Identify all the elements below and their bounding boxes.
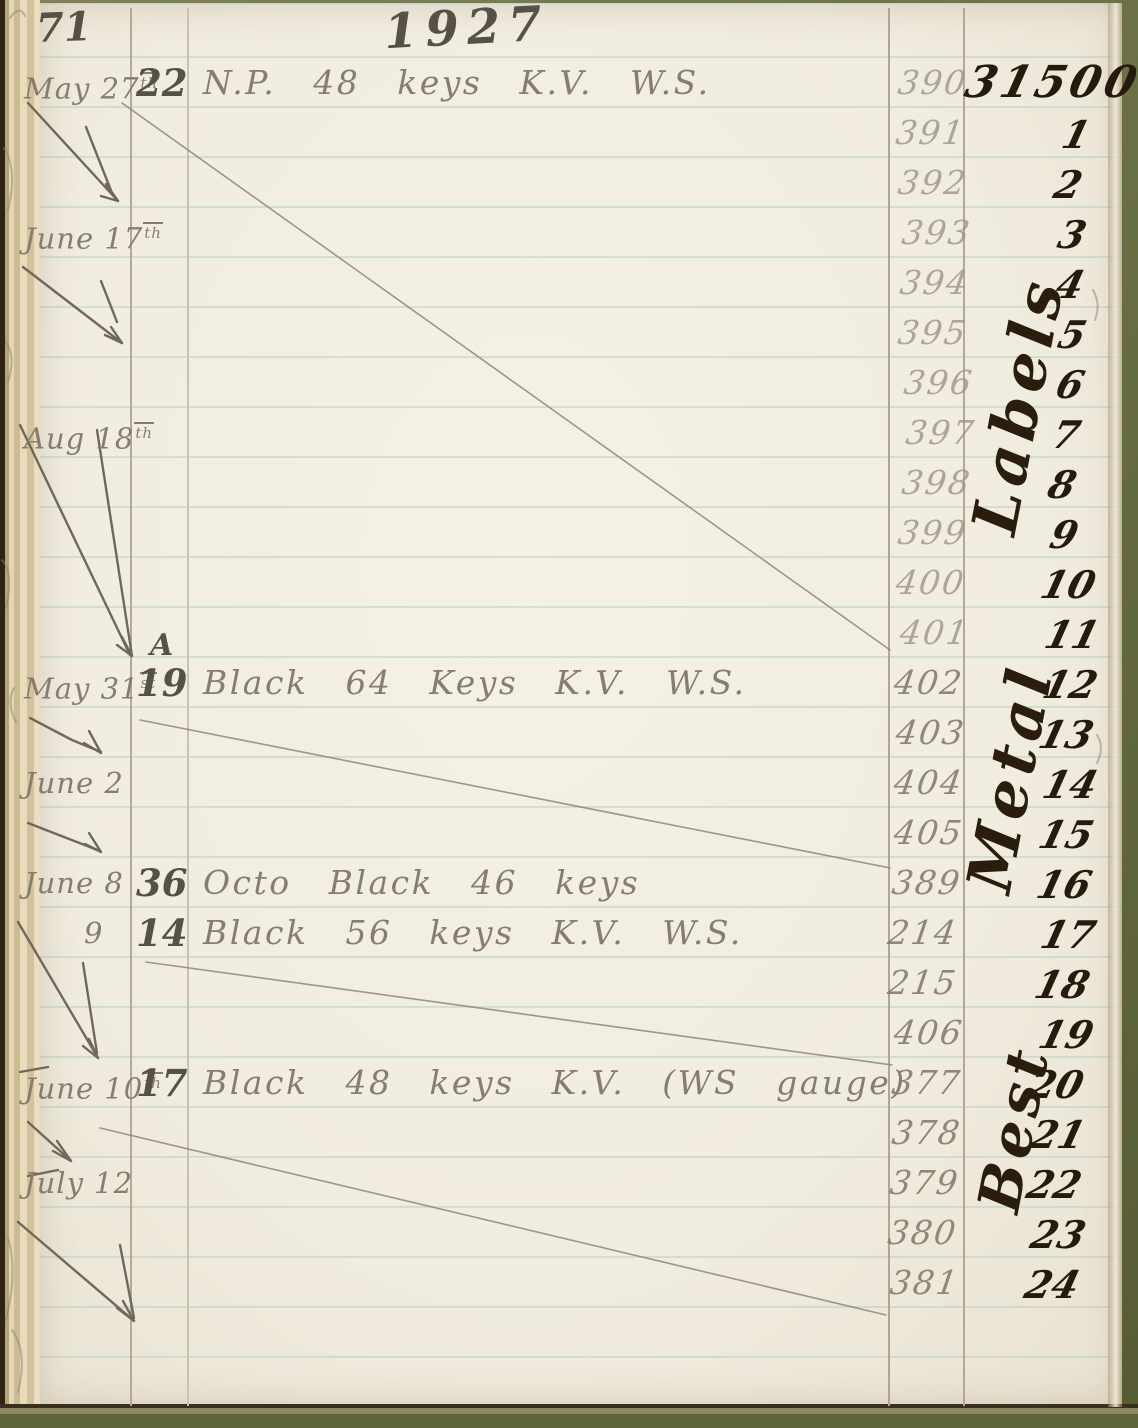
serial-number: 400 — [893, 560, 964, 608]
serial-number: 379 — [887, 1160, 958, 1208]
entry-date: May 27th — [24, 60, 132, 108]
entry-date-ordinal: th — [134, 422, 154, 442]
entry-quantity: 22 — [136, 60, 186, 108]
serial-number: 404 — [891, 760, 962, 808]
entry-description: N.P. 48 keys K.V. W.S. — [203, 60, 711, 108]
serial-number: 214 — [885, 910, 956, 958]
serial-number: 380 — [885, 1210, 956, 1258]
entry-description: Black 48 keys K.V. (WS gauge) — [203, 1060, 907, 1108]
entry-date: May 31st — [24, 660, 132, 708]
entry-date-text: May 27 — [24, 72, 140, 106]
serial-number: 392 — [895, 160, 966, 208]
serial-number: 405 — [891, 810, 962, 858]
entry-date-text: June 8 — [24, 866, 124, 900]
entry-date-text: July 12 — [24, 1166, 133, 1200]
serial-number: 391 — [893, 110, 964, 158]
serial-number: 397 — [903, 410, 974, 458]
entry-date: June 10th — [24, 1060, 132, 1108]
entry-date-text: 9 — [84, 916, 103, 950]
entry-description: Octo Black 46 keys — [203, 860, 640, 908]
entry-date-ordinal: th — [143, 222, 163, 242]
entry-quantity: 36 — [136, 860, 186, 908]
page-number: 71 — [35, 3, 92, 52]
serial-number: 378 — [889, 1110, 960, 1158]
serial-number: 396 — [901, 360, 972, 408]
serial-number: 390 — [895, 60, 966, 108]
entry-quantity: 19 — [136, 660, 186, 708]
insertion-caret: A — [150, 628, 173, 663]
tally-number: 3 — [1026, 212, 1118, 260]
entry-date-text: June 2 — [24, 766, 124, 800]
serial-number: 394 — [897, 260, 968, 308]
tally-start-number: 31500 — [960, 60, 1122, 108]
serial-number: 389 — [889, 860, 960, 908]
entry-date: Aug 18th — [24, 410, 132, 458]
entry-date-text: June 17 — [24, 222, 143, 256]
tally-number: 17 — [1022, 912, 1114, 960]
quantity-rule-line — [187, 8, 189, 1406]
entry-date-text: June 10 — [24, 1072, 143, 1106]
serial-number: 393 — [899, 210, 970, 258]
tally-number: 18 — [1016, 962, 1108, 1010]
entry-description: Black 56 keys K.V. W.S. — [203, 910, 743, 958]
serial-number: 395 — [895, 310, 966, 358]
ledger-photo: 71 1927 May 27th22N.P. 48 keys K.V. W.S.… — [0, 0, 1138, 1428]
entry-description: Black 64 Keys K.V. W.S. — [203, 660, 747, 708]
entry-date: June 17th — [24, 210, 132, 258]
serial-number: 398 — [899, 460, 970, 508]
entry-date: June 2 — [24, 760, 132, 808]
entry-quantity: 17 — [136, 1060, 186, 1108]
tally-number: 10 — [1022, 562, 1114, 610]
tally-number: 23 — [1012, 1212, 1104, 1260]
book-cover-edge — [0, 1404, 1138, 1428]
tally-number: 1 — [1030, 112, 1122, 160]
tally-number: 11 — [1026, 612, 1118, 660]
tally-number: 24 — [1006, 1262, 1098, 1310]
serial-number: 377 — [889, 1060, 960, 1108]
entry-date: July 12 — [24, 1160, 132, 1208]
serial-number: 403 — [893, 710, 964, 758]
serial-number: 402 — [891, 660, 962, 708]
entry-date-text: May 31 — [24, 672, 140, 706]
serial-number: 406 — [891, 1010, 962, 1058]
tally-number: 16 — [1018, 862, 1110, 910]
serial-number: 215 — [885, 960, 956, 1008]
serial-number: 399 — [895, 510, 966, 558]
entry-date: June 8 — [24, 860, 132, 908]
tally-number: 2 — [1022, 162, 1114, 210]
serial-number: 401 — [897, 610, 968, 658]
year-heading: 1927 — [383, 0, 551, 60]
entry-date-text: Aug 18 — [24, 422, 134, 456]
entry-quantity: 14 — [136, 910, 186, 958]
serial-number: 381 — [887, 1260, 958, 1308]
